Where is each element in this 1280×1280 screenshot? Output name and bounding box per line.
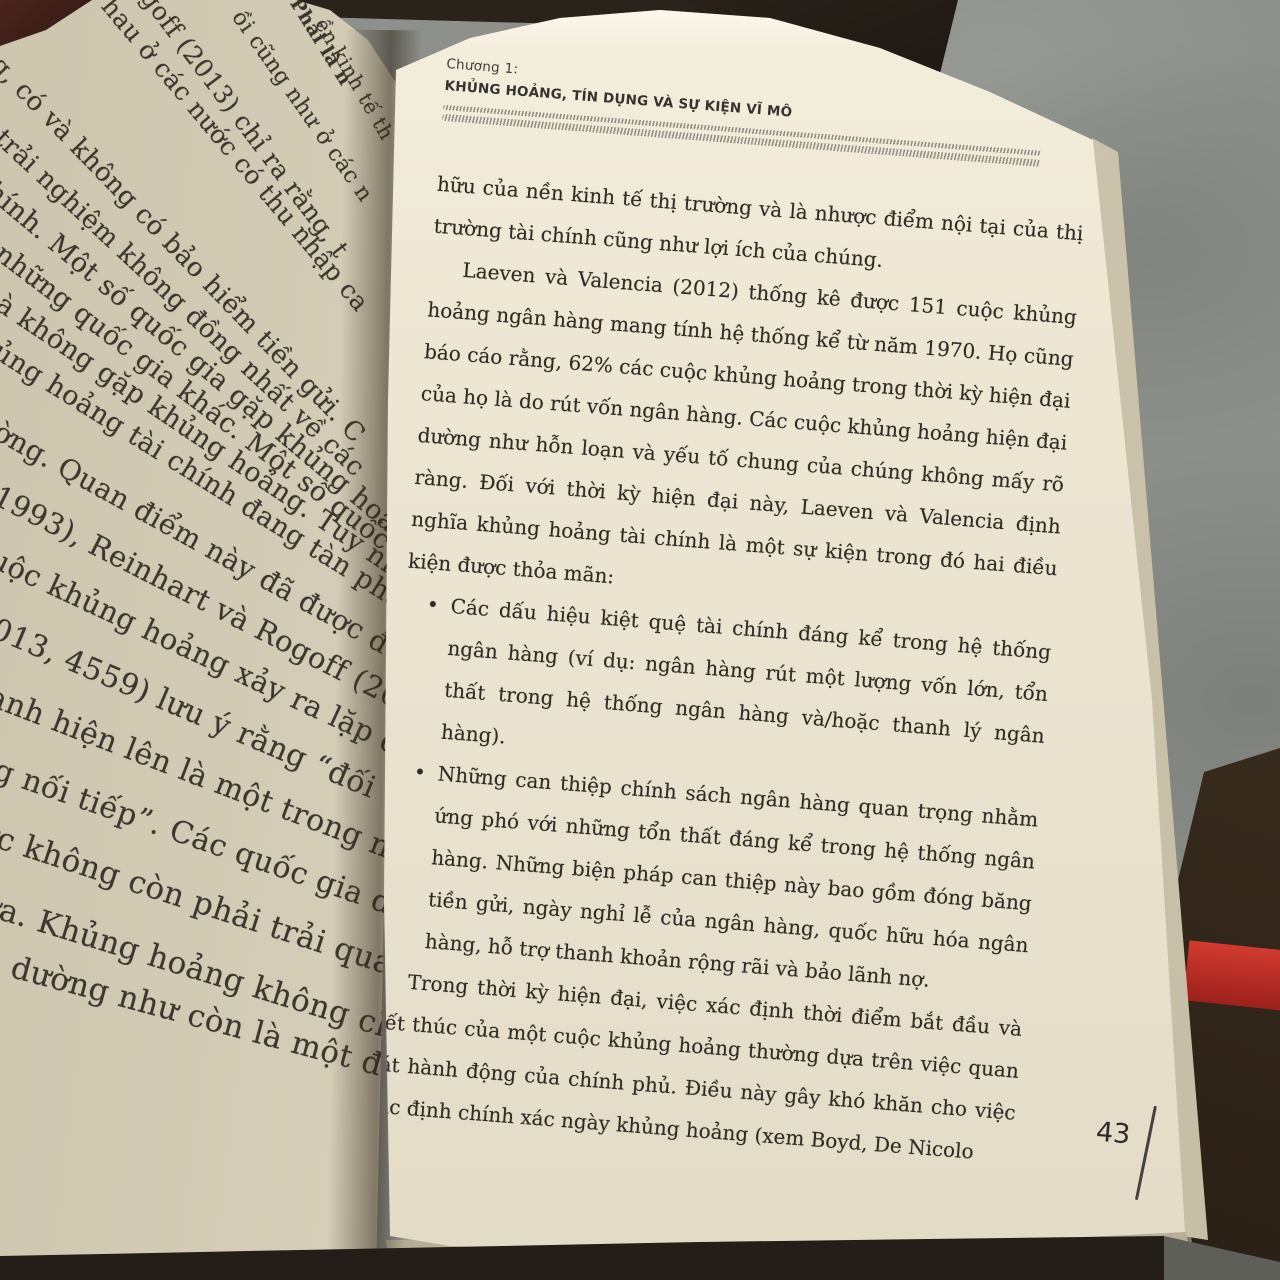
- body-text: hữu của nền kinh tế thị trường và là như…: [365, 163, 1085, 1176]
- book-photo-scene: Phải là n ền kinh tế th ồi cũng như ở cá…: [0, 0, 1280, 1280]
- page-number-group: 43: [1095, 1117, 1132, 1151]
- right-page-content: Chương 1: KHỦNG HOẢNG, TÍN DỤNG VÀ SỰ KI…: [365, 56, 1093, 1176]
- bullet-text: Những can thiệp chính sách ngân hàng qua…: [424, 761, 1039, 991]
- page-number: 43: [1095, 1117, 1132, 1151]
- bullet-marker: •: [425, 583, 440, 626]
- red-bookmark-ribbon: [1183, 940, 1280, 1011]
- bullet-marker: •: [412, 751, 427, 794]
- paragraph: Laeven và Valencia (2012) thống kê được …: [407, 246, 1079, 631]
